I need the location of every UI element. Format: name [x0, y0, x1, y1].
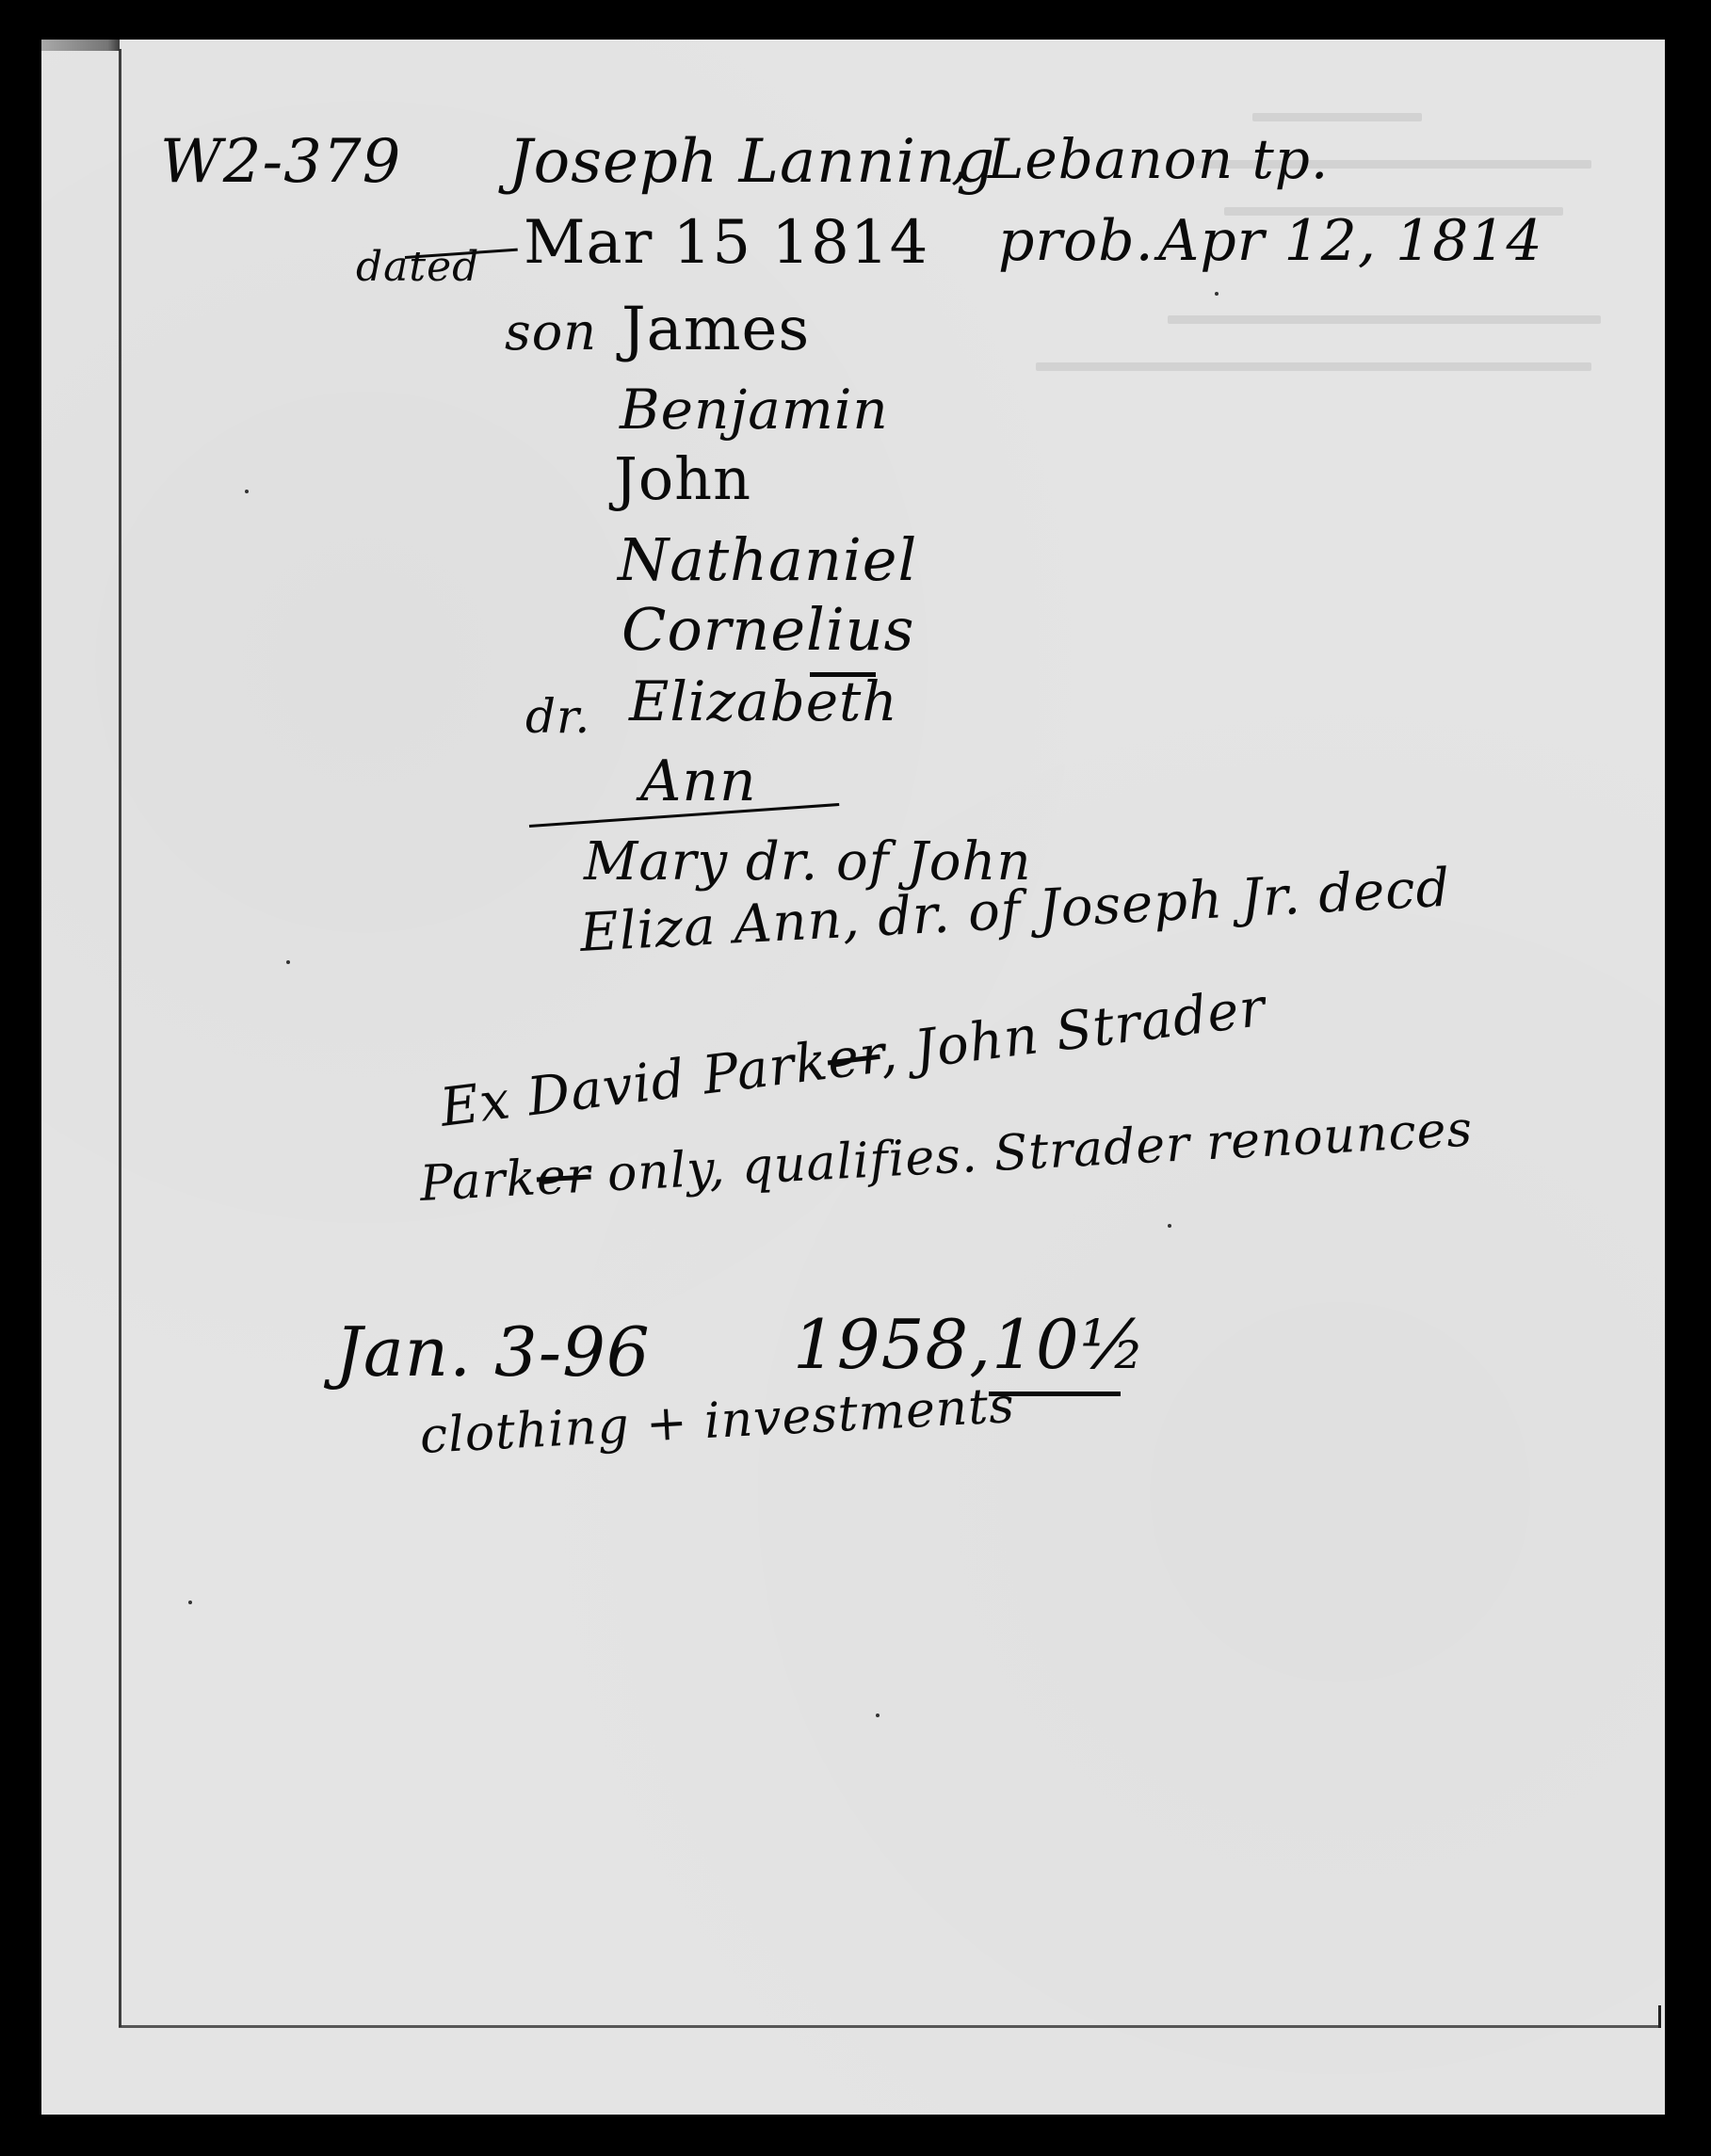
page-inner-border-corner	[1658, 2005, 1661, 2028]
bleed-through-text	[1036, 362, 1591, 371]
testator-name: Joseph Lanning	[508, 132, 995, 192]
bleed-through-text	[1168, 315, 1601, 324]
executors-label: Ex	[437, 1070, 514, 1139]
struck-out-text: er	[535, 1148, 592, 1207]
son-name: John	[614, 450, 751, 508]
testator-place: , Lebanon tp.	[951, 132, 1329, 186]
paper-speck	[245, 490, 249, 493]
son-name: James	[621, 299, 810, 360]
paper-speck	[876, 1714, 880, 1717]
executor-name: Park	[418, 1150, 538, 1213]
daughter-name: Elizabeth	[629, 674, 898, 729]
struck-out-text: er	[824, 1024, 883, 1091]
bleed-through-text	[1252, 113, 1422, 121]
paper-speck	[1215, 292, 1219, 296]
son-name: Cornelius	[621, 601, 914, 659]
page-inner-border-left	[119, 49, 121, 2027]
daughters-label: dr.	[525, 693, 590, 740]
grandchild-entry: Mary dr. of John	[584, 836, 1032, 889]
paper-speck	[188, 1601, 192, 1604]
son-name: Nathaniel	[618, 531, 917, 589]
dated-value: Mar 15 1814	[524, 213, 928, 273]
reference-number: W2-379	[160, 132, 401, 192]
page-corner-shadow	[41, 40, 120, 51]
probated-label: prob.	[998, 213, 1154, 269]
daughter-name: Ann	[640, 753, 757, 810]
probated-value: Apr 12, 1814	[1158, 213, 1543, 269]
page-inner-border-bottom	[119, 2025, 1661, 2028]
inventory-amount: 1958,10½	[793, 1311, 1147, 1378]
paper-speck	[286, 960, 290, 964]
paper-speck	[1168, 1224, 1171, 1228]
sons-label: son	[505, 307, 597, 358]
son-name: Benjamin	[620, 382, 889, 437]
daughter-strike-mark	[810, 672, 876, 677]
inventory-date: Jan. 3-96	[335, 1318, 651, 1386]
